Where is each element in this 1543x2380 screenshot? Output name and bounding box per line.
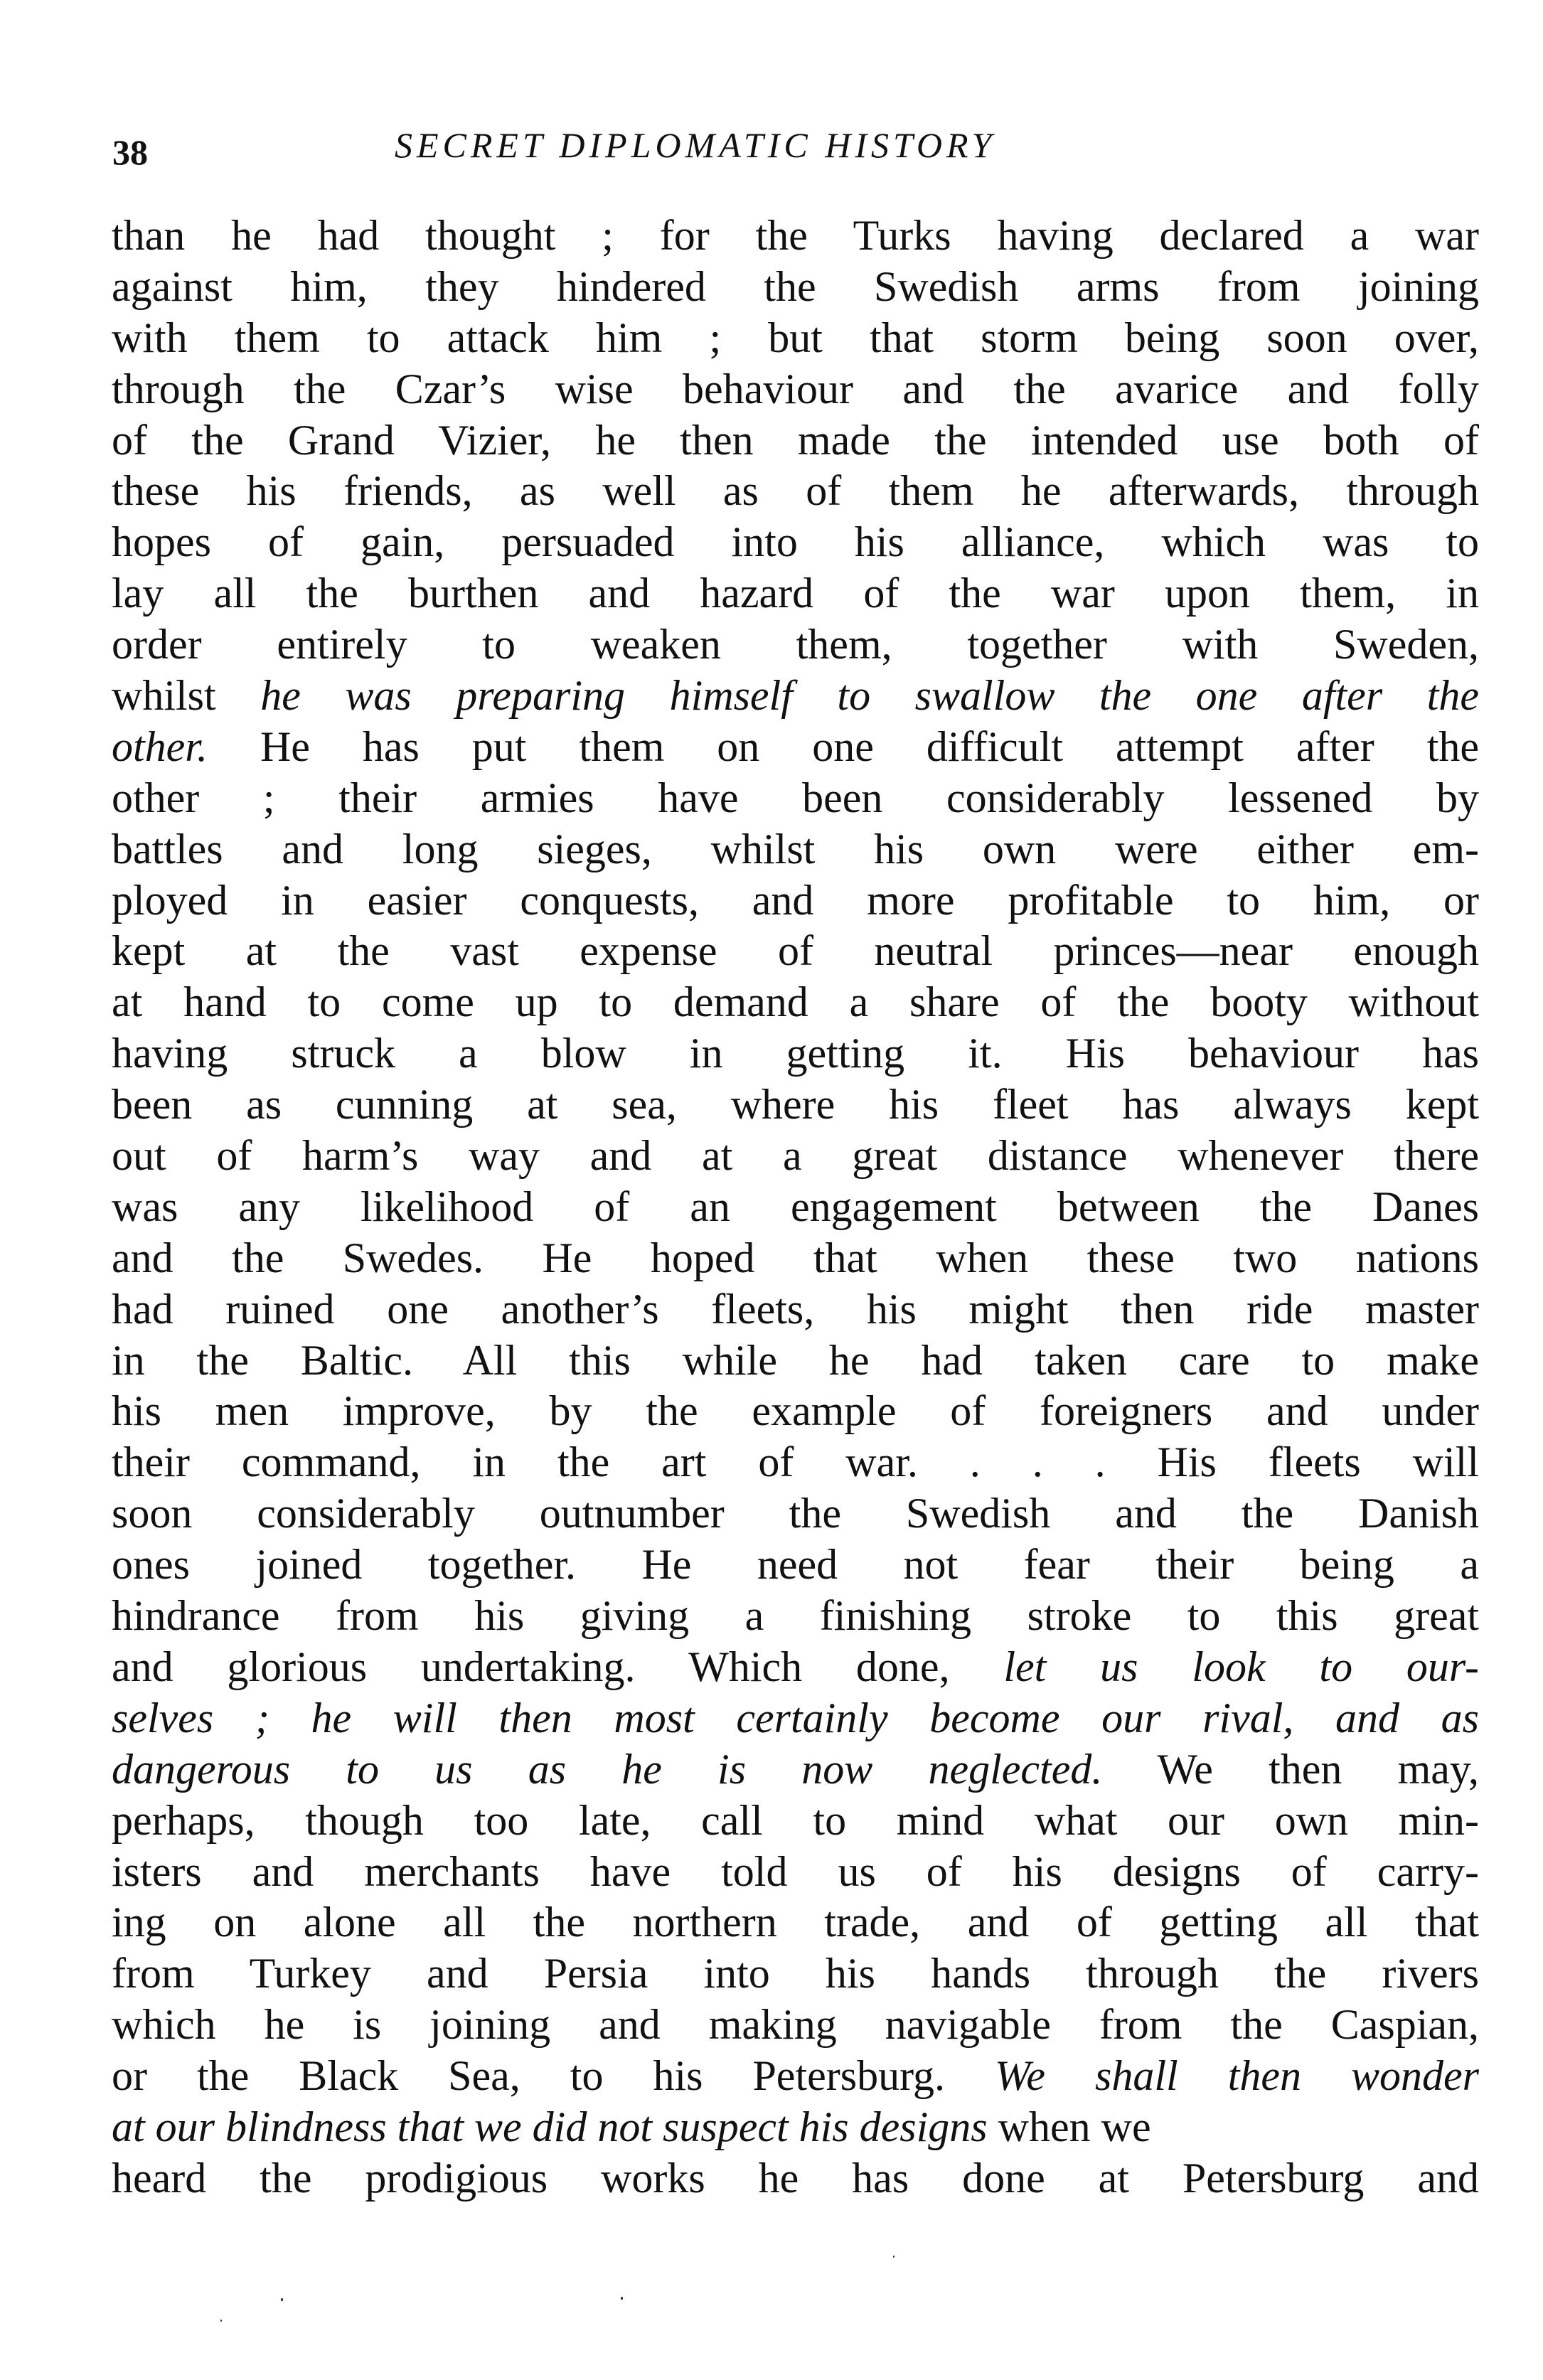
text-run: hopes of gain, persuaded into his allian… <box>112 518 1479 565</box>
text-run: their command, in the art of war. . . . … <box>112 1439 1479 1485</box>
text-line: with them to attack him ; but that storm… <box>112 313 1479 364</box>
italic-run: at our blindness that we did not suspect… <box>112 2103 988 2150</box>
text-line: isters and merchants have told us of his… <box>112 1847 1479 1898</box>
text-run: when we <box>988 2103 1151 2150</box>
text-line: battles and long sieges, whilst his own … <box>112 824 1479 875</box>
text-line: their command, in the art of war. . . . … <box>112 1437 1479 1488</box>
text-run: which he is joining and making navigable… <box>112 2001 1479 2048</box>
text-line: out of harm’s way and at a great distanc… <box>112 1131 1479 1182</box>
text-line: at hand to come up to demand a share of … <box>112 977 1479 1028</box>
text-line: kept at the vast expense of neutral prin… <box>112 926 1479 977</box>
text-run: these his friends, as well as of them he… <box>112 467 1479 514</box>
text-line: selves ; he will then most certainly bec… <box>112 1693 1479 1744</box>
italic-run: selves ; he will then most certainly bec… <box>112 1695 1479 1741</box>
text-line: perhaps, though too late, call to mind w… <box>112 1795 1479 1847</box>
text-run: in the Baltic. All this while he had tak… <box>112 1337 1479 1384</box>
text-run: through the Czar’s wise behaviour and th… <box>112 365 1479 412</box>
text-run: other ; their armies have been considera… <box>112 774 1479 821</box>
text-line: was any likelihood of an engagement betw… <box>112 1182 1479 1233</box>
text-run: having struck a blow in getting it. His … <box>112 1030 1479 1077</box>
text-run: We then may, <box>1102 1746 1479 1793</box>
text-line: dangerous to us as he is now neglected. … <box>112 1744 1479 1795</box>
scan-speck <box>893 2256 895 2258</box>
text-line: ing on alone all the northern trade, and… <box>112 1897 1479 1948</box>
scan-speck <box>281 2298 283 2301</box>
italic-run: We shall then wonder <box>995 2052 1479 2099</box>
text-line: having struck a blow in getting it. His … <box>112 1028 1479 1079</box>
text-run: ones joined together. He need not fear t… <box>112 1541 1479 1588</box>
text-run: at hand to come up to demand a share of … <box>112 978 1479 1025</box>
page-number: 38 <box>112 132 148 172</box>
text-line: whilst he was preparing himself to swall… <box>112 671 1479 722</box>
text-run: from Turkey and Persia into his hands th… <box>112 1950 1479 1997</box>
text-run: his men improve, by the example of forei… <box>112 1387 1479 1434</box>
text-run: than he had thought ; for the Turks havi… <box>112 212 1479 259</box>
text-line: other ; their armies have been considera… <box>112 773 1479 824</box>
text-line: lay all the burthen and hazard of the wa… <box>112 568 1479 619</box>
text-line: heard the prodigious works he has done a… <box>112 2153 1479 2204</box>
text-line: and the Swedes. He hoped that when these… <box>112 1233 1479 1284</box>
scan-speck <box>220 2320 222 2322</box>
body-text: than he had thought ; for the Turks havi… <box>112 210 1479 2204</box>
text-line: soon considerably outnumber the Swedish … <box>112 1488 1479 1539</box>
text-line: ones joined together. He need not fear t… <box>112 1539 1479 1591</box>
text-run: soon considerably outnumber the Swedish … <box>112 1490 1479 1537</box>
text-run: hindrance from his giving a finishing st… <box>112 1592 1479 1639</box>
text-run: and glorious undertaking. Which done, <box>112 1643 1003 1690</box>
text-line: or the Black Sea, to his Petersburg. We … <box>112 2051 1479 2102</box>
text-line: his men improve, by the example of forei… <box>112 1386 1479 1437</box>
text-line: other. He has put them on one difficult … <box>112 722 1479 773</box>
text-run: ployed in easier conquests, and more pro… <box>112 877 1479 924</box>
text-line: from Turkey and Persia into his hands th… <box>112 1948 1479 2000</box>
text-line: against him, they hindered the Swedish a… <box>112 262 1479 313</box>
text-run: perhaps, though too late, call to mind w… <box>112 1797 1479 1844</box>
text-run: ing on alone all the northern trade, and… <box>112 1899 1479 1946</box>
text-run: with them to attack him ; but that storm… <box>112 314 1479 361</box>
text-line: these his friends, as well as of them he… <box>112 466 1479 517</box>
text-line: had ruined one another’s fleets, his mig… <box>112 1284 1479 1335</box>
text-run: battles and long sieges, whilst his own … <box>112 826 1479 873</box>
text-line: of the Grand Vizier, he then made the in… <box>112 415 1479 466</box>
text-line: order entirely to weaken them, together … <box>112 619 1479 671</box>
text-run: and the Swedes. He hoped that when these… <box>112 1234 1479 1281</box>
running-title: SECRET DIPLOMATIC HISTORY <box>395 125 1198 165</box>
italic-run: he was preparing himself to swallow the … <box>260 672 1479 719</box>
text-run: had ruined one another’s fleets, his mig… <box>112 1286 1479 1333</box>
text-run: lay all the burthen and hazard of the wa… <box>112 570 1479 617</box>
text-run: whilst <box>112 672 260 719</box>
text-line: at our blindness that we did not suspect… <box>112 2102 1479 2153</box>
text-line: through the Czar’s wise behaviour and th… <box>112 364 1479 415</box>
text-line: hindrance from his giving a finishing st… <box>112 1591 1479 1642</box>
text-line: which he is joining and making navigable… <box>112 2000 1479 2051</box>
text-line: hopes of gain, persuaded into his allian… <box>112 517 1479 568</box>
text-run: order entirely to weaken them, together … <box>112 621 1479 668</box>
text-run: been as cunning at sea, where his fleet … <box>112 1081 1479 1128</box>
text-run: or the Black Sea, to his Petersburg. <box>112 2052 995 2099</box>
text-line: and glorious undertaking. Which done, le… <box>112 1642 1479 1693</box>
text-run: isters and merchants have told us of his… <box>112 1848 1479 1895</box>
scan-speck <box>621 2297 623 2300</box>
text-run: out of harm’s way and at a great distanc… <box>112 1132 1479 1179</box>
italic-run: let us look to our- <box>1003 1643 1479 1690</box>
text-run: He has put them on one difficult attempt… <box>208 723 1479 770</box>
text-line: been as cunning at sea, where his fleet … <box>112 1079 1479 1131</box>
text-run: kept at the vast expense of neutral prin… <box>112 927 1479 974</box>
text-run: heard the prodigious works he has done a… <box>112 2155 1479 2202</box>
text-line: than he had thought ; for the Turks havi… <box>112 210 1479 262</box>
text-run: of the Grand Vizier, he then made the in… <box>112 417 1479 464</box>
text-run: was any likelihood of an engagement betw… <box>112 1183 1479 1230</box>
italic-run: dangerous to us as he is now neglected. <box>112 1746 1102 1793</box>
italic-run: other. <box>112 723 208 770</box>
text-line: in the Baltic. All this while he had tak… <box>112 1335 1479 1387</box>
text-line: ployed in easier conquests, and more pro… <box>112 875 1479 927</box>
text-run: against him, they hindered the Swedish a… <box>112 263 1479 310</box>
